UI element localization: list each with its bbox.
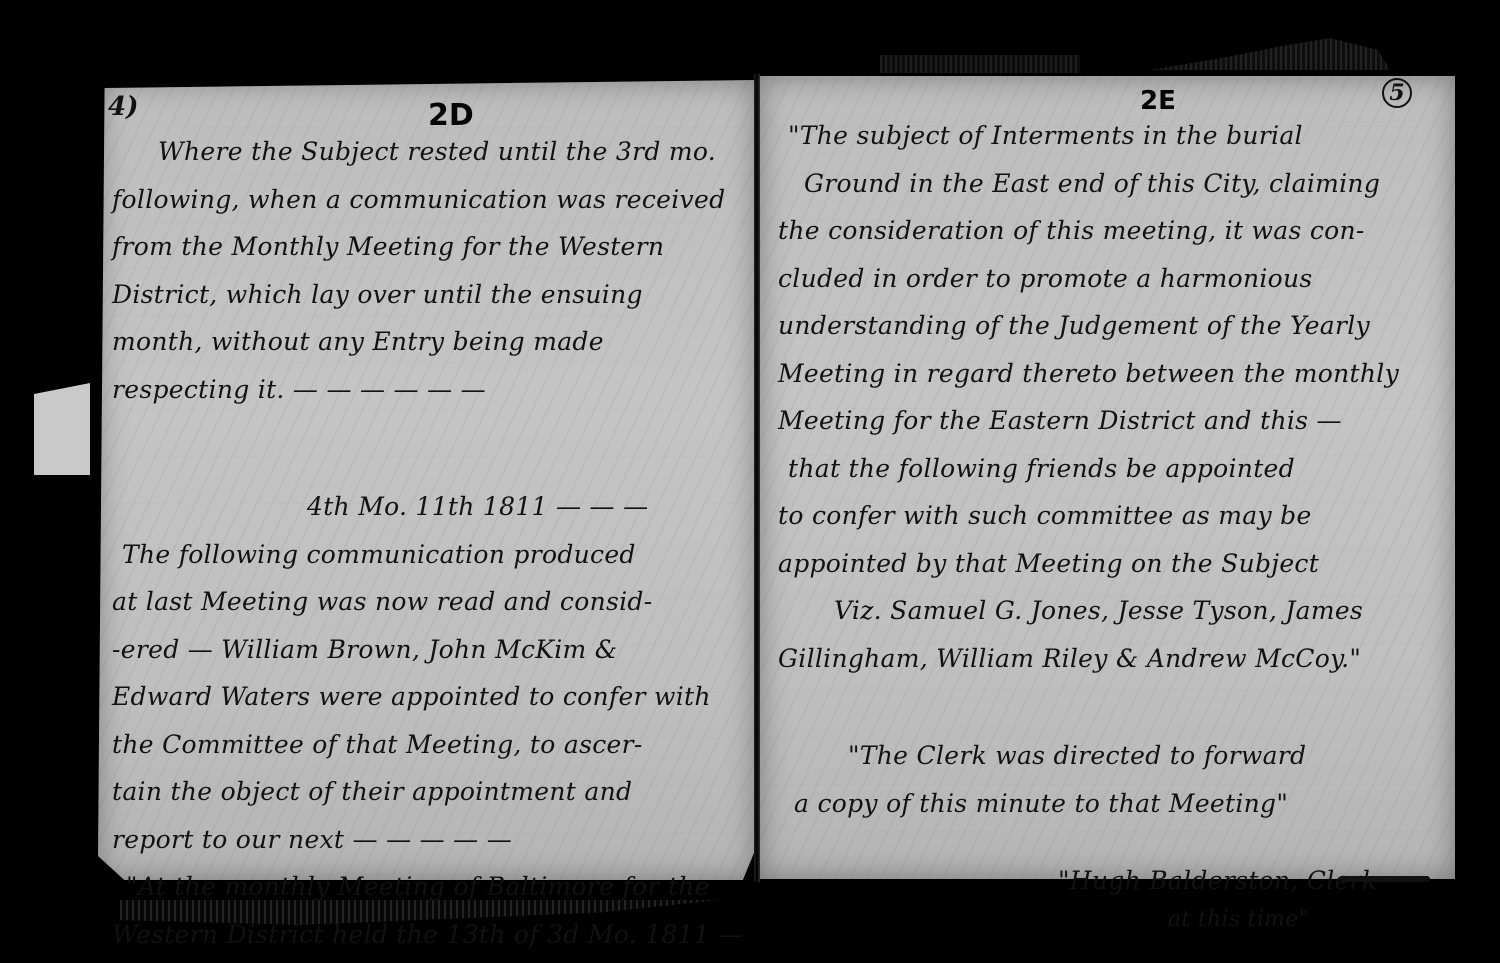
- signature-note: at this time": [778, 905, 1399, 953]
- text-line: Meeting for the Eastern District and thi…: [778, 397, 1399, 445]
- text-line: Western District held the 13th of 3d Mo.…: [112, 911, 744, 959]
- text-line: [112, 413, 744, 483]
- text-line: cluded in order to promote a harmonious: [778, 255, 1399, 303]
- text-line: a copy of this minute to that Meeting": [778, 780, 1399, 828]
- text-line: Meeting in regard thereto between the mo…: [778, 350, 1399, 398]
- text-line: month, without any Entry being made: [112, 318, 744, 366]
- text-line: from the Monthly Meeting for the Western: [112, 223, 744, 271]
- committee-names-line: Viz. Samuel G. Jones, Jesse Tyson, James: [778, 587, 1399, 635]
- text-line: at last Meeting was now read and consid-: [112, 578, 744, 626]
- text-line: "The subject of Interments in the burial: [778, 112, 1399, 160]
- right-page-text: "The subject of Interments in the burial…: [778, 112, 1399, 952]
- paper-tab-left: [34, 383, 90, 475]
- text-line: the Committee of that Meeting, to ascer-: [112, 721, 744, 769]
- text-line: Where the Subject rested until the 3rd m…: [112, 128, 744, 176]
- text-line: appointed by that Meeting on the Subject: [778, 540, 1399, 588]
- torn-paper-edge-top-2: [880, 55, 1080, 73]
- committee-names-line: Gillingham, William Riley & Andrew McCoy…: [778, 635, 1399, 683]
- text-line: report to our next — — — — —: [112, 816, 744, 864]
- text-line: following, when a communication was rece…: [112, 176, 744, 224]
- text-line: that the following friends be appointed: [778, 445, 1399, 493]
- text-line: the consideration of this meeting, it wa…: [778, 207, 1399, 255]
- text-line: respecting it. — — — — — —: [112, 366, 744, 414]
- text-line: District, which lay over until the ensui…: [112, 271, 744, 319]
- text-line: [778, 827, 1399, 857]
- text-line: understanding of the Judgement of the Ye…: [778, 302, 1399, 350]
- text-line: The following communication produced: [112, 531, 744, 579]
- text-line: -ered — William Brown, John McKim &: [112, 626, 744, 674]
- right-folio-number: 5: [1382, 78, 1412, 108]
- text-line: tain the object of their appointment and: [112, 768, 744, 816]
- clerk-signature: "Hugh Balderston, Clerk: [778, 857, 1399, 905]
- text-line: Ground in the East end of this City, cla…: [778, 160, 1399, 208]
- text-line: [778, 682, 1399, 732]
- left-page-text: Where the Subject rested until the 3rd m…: [112, 128, 744, 958]
- text-line: "The Clerk was directed to forward: [778, 732, 1399, 780]
- text-line: to confer with such committee as may be: [778, 492, 1399, 540]
- closing-flourish: [1340, 876, 1430, 882]
- left-folio-number: 4): [108, 92, 138, 122]
- text-line: Edward Waters were appointed to confer w…: [112, 673, 744, 721]
- text-line: "At the monthly Meeting of Baltimore for…: [112, 863, 744, 911]
- date-heading: 4th Mo. 11th 1811 — — —: [112, 483, 744, 531]
